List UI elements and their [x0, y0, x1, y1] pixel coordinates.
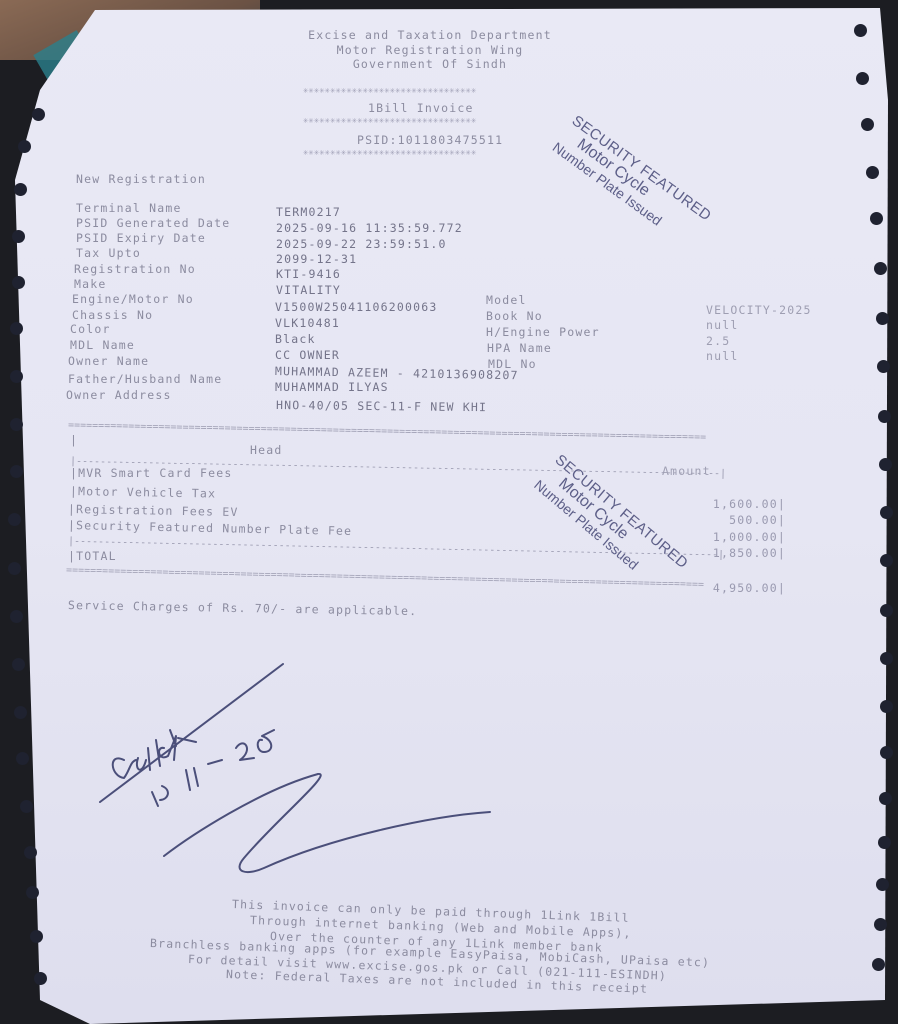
handwritten-signature — [0, 0, 898, 1024]
